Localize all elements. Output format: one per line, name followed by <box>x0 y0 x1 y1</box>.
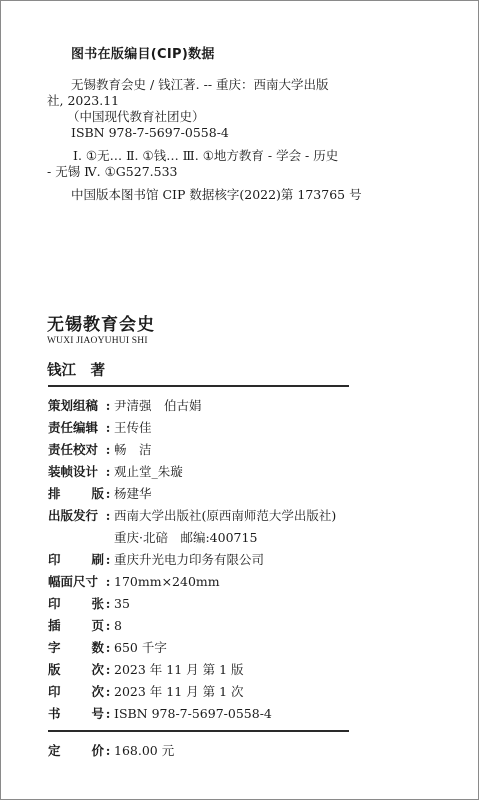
row-value: 重庆升光电力印务有限公司 <box>112 550 264 568</box>
row-value: 西南大学出版社(原西南师范大学出版社) <box>112 506 336 524</box>
colon: : <box>104 684 112 699</box>
colophon-row-printer: 印刷 : 重庆升光电力印务有限公司 <box>48 550 264 568</box>
colophon-row-edition: 版次 : 2023 年 11 月 第 1 版 <box>48 660 244 678</box>
row-label: 策划组稿 <box>48 396 104 414</box>
row-value: 8 <box>112 618 122 633</box>
row-value: 重庆·北碚 邮编:400715 <box>112 528 257 546</box>
colophon-row-printing: 印次 : 2023 年 11 月 第 1 次 <box>48 682 244 700</box>
colon: : <box>104 662 112 677</box>
row-label: 责任校对 <box>48 440 104 458</box>
colon: : <box>104 552 112 567</box>
colon: : <box>104 508 112 523</box>
row-value: 170mm×240mm <box>112 574 220 589</box>
row-label: 装帧设计 <box>48 462 104 480</box>
divider-bottom <box>48 730 349 732</box>
row-value: 650 千字 <box>112 638 167 656</box>
colon: : <box>104 743 112 758</box>
row-label: 书号 <box>48 704 104 722</box>
book-subtitle: WUXI JIAOYUHUI SHI <box>47 336 148 346</box>
row-label: 印次 <box>48 682 104 700</box>
cip-series-line: （中国现代教育社团史） <box>67 109 205 125</box>
row-value: 观止堂_朱璇 <box>112 462 183 480</box>
row-value: 35 <box>112 596 130 611</box>
colon: : <box>104 398 112 413</box>
row-value: 畅 洁 <box>112 440 152 458</box>
colophon-row-format: 幅面尺寸 : 170mm×240mm <box>48 572 220 590</box>
row-label: 插页 <box>48 616 104 634</box>
row-label: 印刷 <box>48 550 104 568</box>
colophon-row-cover-design: 装帧设计 : 观止堂_朱璇 <box>48 462 183 480</box>
price-value: 168.00 元 <box>112 741 174 759</box>
cip-classification-line: - 无锡 Ⅳ. ①G527.533 <box>47 164 178 180</box>
row-value: 2023 年 11 月 第 1 版 <box>112 660 244 678</box>
book-author: 钱江 著 <box>47 359 105 380</box>
colophon-row-proofreader: 责任校对 : 畅 洁 <box>48 440 152 458</box>
colon: : <box>104 574 112 589</box>
row-value: 杨建华 <box>112 484 152 502</box>
colophon-row-planning: 策划组稿 : 尹清强 伯古娟 <box>48 396 202 414</box>
colon: : <box>104 618 112 633</box>
row-value: 王传佳 <box>112 418 152 436</box>
colon: : <box>104 420 112 435</box>
colon: : <box>104 442 112 457</box>
colophon-row-inserts: 插页 : 8 <box>48 616 122 634</box>
colon: : <box>104 640 112 655</box>
row-value: 尹清强 伯古娟 <box>112 396 202 414</box>
row-label: 责任编辑 <box>48 418 104 436</box>
row-label: 版次 <box>48 660 104 678</box>
colophon-row-typesetting: 排版 : 杨建华 <box>48 484 152 502</box>
row-value: 2023 年 11 月 第 1 次 <box>112 682 244 700</box>
colophon-row-publisher: 出版发行 : 西南大学出版社(原西南师范大学出版社) <box>48 506 336 524</box>
divider-top <box>48 385 349 387</box>
colophon-row-editor: 责任编辑 : 王传佳 <box>48 418 152 436</box>
colophon-row-word-count: 字数 : 650 千字 <box>48 638 167 656</box>
colon: : <box>104 706 112 721</box>
copyright-page: 图书在版编目(CIP)数据 无锡教育会史 / 钱江著. -- 重庆：西南大学出版… <box>0 0 479 800</box>
cip-classification-line: Ⅰ. ①无… Ⅱ. ①钱… Ⅲ. ①地方教育 - 学会 - 历史 <box>73 148 338 164</box>
colon: : <box>104 486 112 501</box>
row-label: 排版 <box>48 484 104 502</box>
row-label: 幅面尺寸 <box>48 572 104 590</box>
colon: : <box>104 464 112 479</box>
colophon-row-price: 定价 : 168.00 元 <box>48 741 174 759</box>
colophon-row-isbn: 书号 : ISBN 978-7-5697-0558-4 <box>48 704 272 722</box>
row-label: 出版发行 <box>48 506 104 524</box>
row-label: 印张 <box>48 594 104 612</box>
cip-isbn-line: ISBN 978-7-5697-0558-4 <box>71 125 229 141</box>
row-label: 定价 <box>48 741 104 759</box>
colon: : <box>104 596 112 611</box>
book-title: 无锡教育会史 <box>47 310 155 335</box>
cip-heading: 图书在版编目(CIP)数据 <box>71 43 215 62</box>
cip-entry-line: 无锡教育会史 / 钱江著. -- 重庆：西南大学出版 <box>71 77 329 93</box>
row-label: 字数 <box>48 638 104 656</box>
colophon-row-sheets: 印张 : 35 <box>48 594 130 612</box>
cip-entry-line: 社, 2023.11 <box>47 93 119 109</box>
row-value: ISBN 978-7-5697-0558-4 <box>112 706 272 721</box>
cip-record-number: 中国版本图书馆 CIP 数据核字(2022)第 173765 号 <box>71 187 362 203</box>
colophon-row-publisher-address: 重庆·北碚 邮编:400715 <box>112 528 257 546</box>
